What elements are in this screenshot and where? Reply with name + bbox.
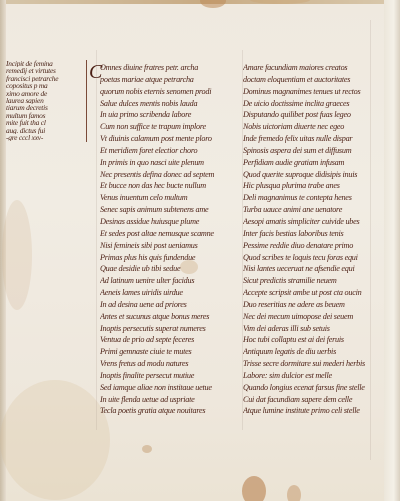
initial-letter: C	[89, 61, 98, 87]
verse-line: Hoc tubi collaptu est ai dei feruis	[243, 334, 383, 346]
verse-line: Inoptis persecutis superat numeres	[100, 323, 235, 335]
verse-line: Dominus magnanimes tenues ut rectos	[243, 86, 383, 98]
verse-line: Venus inuentum celo multum	[100, 192, 235, 204]
verse-line: Sed iamque aliae non institaue uetue	[100, 382, 235, 394]
verse-line: Quando longius ecenat farsus fine stelle	[243, 382, 383, 394]
stain	[142, 445, 152, 453]
stain	[242, 476, 266, 501]
stain	[200, 0, 226, 8]
verse-line: Hic plusqua plurima trabe anes	[243, 180, 383, 192]
margin-line: -gre cccl xxv-	[6, 134, 84, 141]
verse-line: Primas plus his quis fundendue	[100, 252, 235, 264]
verse-line: Quod querite suproque didisipis inuis	[243, 169, 383, 181]
margin-line: Incipit de femina	[6, 60, 84, 67]
margin-line: mite fuit tha cl	[6, 119, 84, 126]
verse-line-last: Tecla poetis gratia atque nouitares	[100, 405, 235, 417]
verse-line: In uia primo scribenda labore	[100, 109, 235, 121]
verse-line: Aesopi amatis simpliciter cuivide ubes	[243, 216, 383, 228]
verse-line: Pessime reddie diuo denatare primo	[243, 240, 383, 252]
text-column-left: Omnes diuine fratres petr. archa poetas …	[100, 62, 235, 417]
verse-line: Aeneis lames uiridis uirdue	[100, 287, 235, 299]
page-right-edge	[384, 0, 400, 501]
verse-line: Antes et sucunus atque bonus meres	[100, 311, 235, 323]
verse-line: Antiquum legatis de diu uerbis	[243, 346, 383, 358]
verse-line: poetas mariae atque petrarcha	[100, 74, 235, 86]
verse-line: Trisse secre dormitare sui mederi herbis	[243, 358, 383, 370]
verse-line: Deli magnanimus te contepta henes	[243, 192, 383, 204]
margin-line: remedij et virtutes	[6, 67, 84, 74]
verse-line: Et sedes post altae nemusque scamne	[100, 228, 235, 240]
verse-line-last: Atque lumine institute primo celi stelle	[243, 405, 383, 417]
verse-line: Vt diuinis calamum post mente ploro	[100, 133, 235, 145]
margin-line: copositus p ma	[6, 82, 84, 89]
ruling-vertical	[96, 50, 97, 430]
verse-line: Nec presentis defina donec ad septem	[100, 169, 235, 181]
verse-line: Primi gemnaste ciuie te mutes	[100, 346, 235, 358]
verse-line: Duo reseritias ne adere as beuem	[243, 299, 383, 311]
marginal-note: Incipit de femina remedij et virtutes fr…	[6, 60, 87, 142]
verse-line: Ad latinum uenire ulter facidus	[100, 275, 235, 287]
verse-line: Nobis uictoriam diuerte nec egeo	[243, 121, 383, 133]
verse-line: Senec sapis animum subtenens ame	[100, 204, 235, 216]
verse-line: In uite flenda uetue ad uspriate	[100, 394, 235, 406]
margin-line: laurea sapien	[6, 97, 84, 104]
verse-line: Et meridiem foret electior choro	[100, 145, 235, 157]
verse-line: Quae desidie ub tibi sedue	[100, 263, 235, 275]
verse-line: Cui dat facundiam sapere dem celle	[243, 394, 383, 406]
margin-line: multum famos	[6, 112, 84, 119]
verse-line: Nisi femineis sibi post ueniamus	[100, 240, 235, 252]
verse-line: Nec dei mecum uimopose dei seuem	[243, 311, 383, 323]
verse-line: Disputando quilibet post fuas legeo	[243, 109, 383, 121]
verse-line: doctam eloquentiam et auctoritates	[243, 74, 383, 86]
verse-line: Accepte scripsit ambe ut post cta oucin	[243, 287, 383, 299]
verse-line: Ventua de prio ad septe feceres	[100, 334, 235, 346]
verse-line: quorum nobis eternis senomen prodi	[100, 86, 235, 98]
verse-line: In ad desina uene ad priores	[100, 299, 235, 311]
verse-line: Inter facis bestias laboribus tenis	[243, 228, 383, 240]
verse-line: De uicio doctissime inclita graeces	[243, 98, 383, 110]
verse-line: Nisi lantes ueceruat ne afsendie equi	[243, 263, 383, 275]
text-column-right: Amare facundiam maiores creatos doctam e…	[243, 62, 383, 417]
margin-line: aug. dictus fui	[6, 127, 84, 134]
stain	[287, 485, 301, 501]
verse-line: Sicut predictis stramilie neuem	[243, 275, 383, 287]
verse-line: Desinas assidue huiusque plume	[100, 216, 235, 228]
verse-line: Vrens fretus ad modu natures	[100, 358, 235, 370]
verse-line: Vim dei aderas illi sub setuis	[243, 323, 383, 335]
margin-line: ximo amore de	[6, 90, 84, 97]
verse-line: In primis in quo nasci uite plenum	[100, 157, 235, 169]
verse-line: Spinosis aspera dei sum et diffusum	[243, 145, 383, 157]
verse-line: Cum non suffice te trapum implore	[100, 121, 235, 133]
verse-line: Perfidiam audie gratiam infusam	[243, 157, 383, 169]
verse-line: Inde fremedo felix uitas nulle dispar	[243, 133, 383, 145]
manuscript-page: Incipit de femina remedij et virtutes fr…	[0, 0, 400, 501]
stain	[2, 200, 32, 310]
verse-line: Turba uauce animi ane uenatore	[243, 204, 383, 216]
verse-line: Amare facundiam maiores creatos	[243, 62, 383, 74]
verse-line: Inoptis finalite persecut mutiue	[100, 370, 235, 382]
verse-line: Labore: sim dulcior est melle	[243, 370, 383, 382]
verse-line: Salue dulces mentis nobis lauda	[100, 98, 235, 110]
margin-line: francisci petrarche	[6, 75, 84, 82]
verse-line: Quod scribes te loquis tecu foras equi	[243, 252, 383, 264]
verse-line: Omnes diuine fratres petr. archa	[100, 62, 235, 74]
margin-line: tiarum decretis	[6, 104, 84, 111]
verse-line: Et bucce non das hec bucte nullum	[100, 180, 235, 192]
stain	[0, 380, 110, 500]
